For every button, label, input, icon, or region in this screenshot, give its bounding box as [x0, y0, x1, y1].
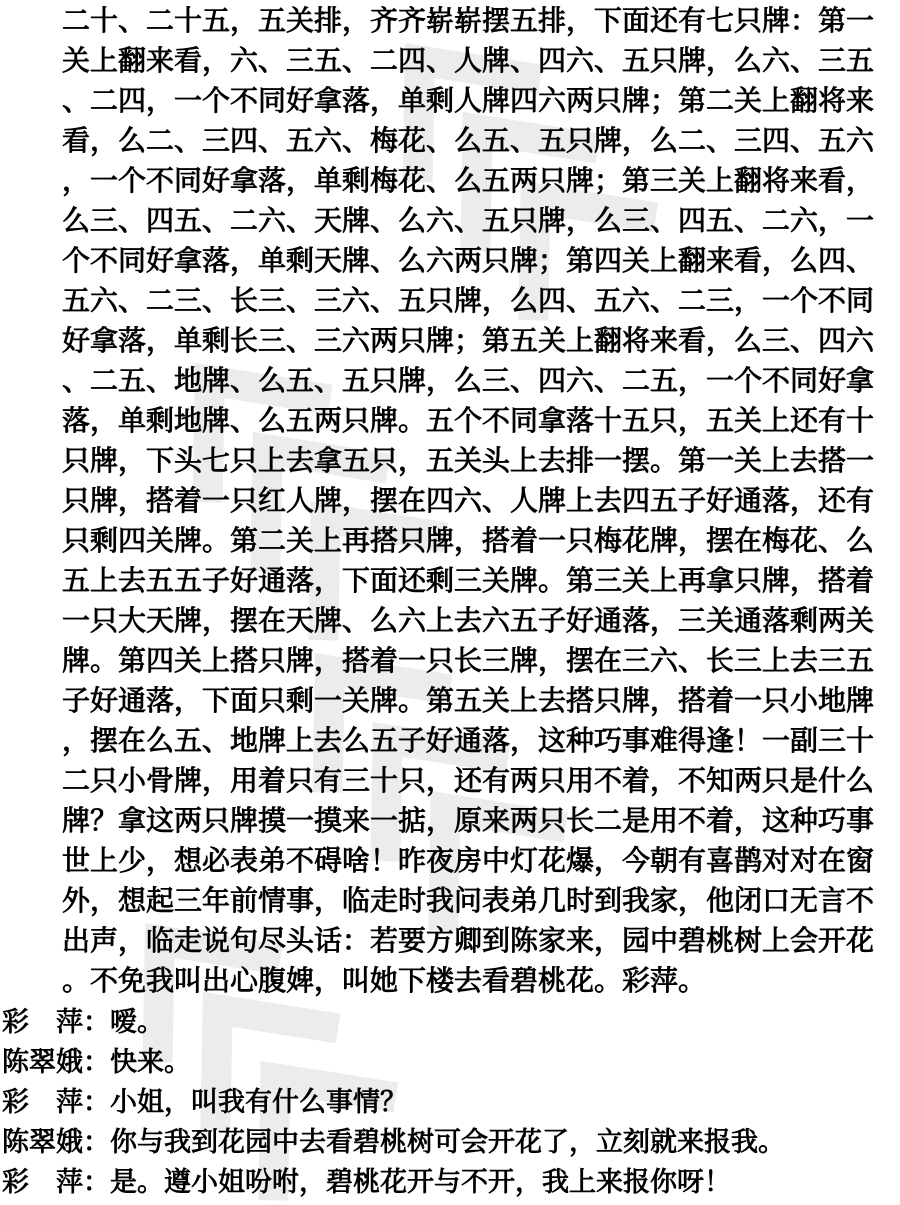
paragraph-line: 出声，临走说句尽头话：若要方卿到陈家来，园中碧桃树上会开花 [62, 922, 874, 962]
dialogue-row: 彩 萍： 是。遵小姐吩咐，碧桃花开与不开，我上来报你呀！ [2, 1162, 886, 1202]
paragraph-line: 落，单剩地牌、么五两只牌。五个不同拿落十五只，五关上还有十 [62, 402, 874, 442]
paragraph-line: 看，么二、三四、五六、梅花、么五、五只牌，么二、三四、五六 [62, 122, 874, 162]
speaker-name: 彩 萍： [2, 1002, 110, 1042]
paragraph-line: 关上翻来看，六、三五、二四、人牌、四六、五只牌，么六、三五 [62, 42, 874, 82]
paragraph-line: 二只小骨牌，用着只有三十只，还有两只用不着，不知两只是什么 [62, 762, 874, 802]
dialogue-row: 彩 萍： 嗳。 [2, 1002, 886, 1042]
dialogue-row: 彩 萍： 小姐，叫我有什么事情？ [2, 1082, 886, 1122]
paragraph-line: 外，想起三年前情事，临走时我问表弟几时到我家，他闭口无言不 [62, 882, 874, 922]
speaker-name: 陈翠娥： [2, 1122, 110, 1162]
script-page: 二十、二十五，五关排，齐齐崭崭摆五排，下面还有七只牌：第一 关上翻来看，六、三五… [0, 0, 900, 1205]
paragraph-line: ，一个不同好拿落，单剩梅花、么五两只牌；第三关上翻将来看， [62, 162, 874, 202]
paragraph-line: 、二五、地牌、么五、五只牌，么三、四六、二五，一个不同好拿 [62, 362, 874, 402]
paragraph-line: 牌？拿这两只牌摸一摸来一掂，原来两只长二是用不着，这种巧事 [62, 802, 874, 842]
paragraph-line: 五上去五五子好通落，下面还剩三关牌。第三关上再拿只牌，搭着 [62, 562, 874, 602]
paragraph-line: 五六、二三、长三、三六、五只牌，么四、五六、二三，一个不同 [62, 282, 874, 322]
paragraph-line: 只剩四关牌。第二关上再搭只牌，搭着一只梅花牌，摆在梅花、么 [62, 522, 874, 562]
paragraph-line: 世上少，想必表弟不碍啥！昨夜房中灯花爆，今朝有喜鹊对对在窗 [62, 842, 874, 882]
dialogue-text: 嗳。 [110, 1002, 886, 1042]
paragraph-line: 牌。第四关上搭只牌，搭着一只长三牌，摆在三六、长三上去三五 [62, 642, 874, 682]
paragraph-line: 。不免我叫出心腹婢，叫她下楼去看碧桃花。彩萍。 [62, 962, 874, 1002]
narration-paragraph: 二十、二十五，五关排，齐齐崭崭摆五排，下面还有七只牌：第一 关上翻来看，六、三五… [62, 2, 874, 1002]
paragraph-line: 二十、二十五，五关排，齐齐崭崭摆五排，下面还有七只牌：第一 [62, 2, 874, 42]
script-content: 二十、二十五，五关排，齐齐崭崭摆五排，下面还有七只牌：第一 关上翻来看，六、三五… [2, 2, 886, 1202]
speaker-name: 彩 萍： [2, 1082, 110, 1122]
speaker-name: 陈翠娥： [2, 1042, 110, 1082]
dialogue-text: 快来。 [110, 1042, 886, 1082]
dialogue-text: 是。遵小姐吩咐，碧桃花开与不开，我上来报你呀！ [110, 1162, 886, 1202]
paragraph-line: 只牌，搭着一只红人牌，摆在四六、人牌上去四五子好通落，还有 [62, 482, 874, 522]
paragraph-line: 子好通落，下面只剩一关牌。第五关上去搭只牌，搭着一只小地牌 [62, 682, 874, 722]
dialogue-section: 彩 萍： 嗳。 陈翠娥： 快来。 彩 萍： 小姐，叫我有什么事情？ 陈翠娥： 你… [2, 1002, 886, 1202]
paragraph-line: 只牌，下头七只上去拿五只，五关头上去排一摆。第一关上去搭一 [62, 442, 874, 482]
speaker-name: 彩 萍： [2, 1162, 110, 1202]
dialogue-row: 陈翠娥： 快来。 [2, 1042, 886, 1082]
paragraph-line: 、二四，一个不同好拿落，单剩人牌四六两只牌；第二关上翻将来 [62, 82, 874, 122]
paragraph-line: 好拿落，单剩长三、三六两只牌；第五关上翻将来看，么三、四六 [62, 322, 874, 362]
paragraph-line: 个不同好拿落，单剩天牌、么六两只牌；第四关上翻来看，么四、 [62, 242, 874, 282]
dialogue-row: 陈翠娥： 你与我到花园中去看碧桃树可会开花了，立刻就来报我。 [2, 1122, 886, 1162]
paragraph-line: ，摆在么五、地牌上去么五子好通落，这种巧事难得逢！一副三十 [62, 722, 874, 762]
dialogue-text: 小姐，叫我有什么事情？ [110, 1082, 886, 1122]
paragraph-line: 一只大天牌，摆在天牌、么六上去六五子好通落，三关通落剩两关 [62, 602, 874, 642]
dialogue-text: 你与我到花园中去看碧桃树可会开花了，立刻就来报我。 [110, 1122, 886, 1162]
paragraph-line: 么三、四五、二六、天牌、么六、五只牌，么三、四五、二六，一 [62, 202, 874, 242]
